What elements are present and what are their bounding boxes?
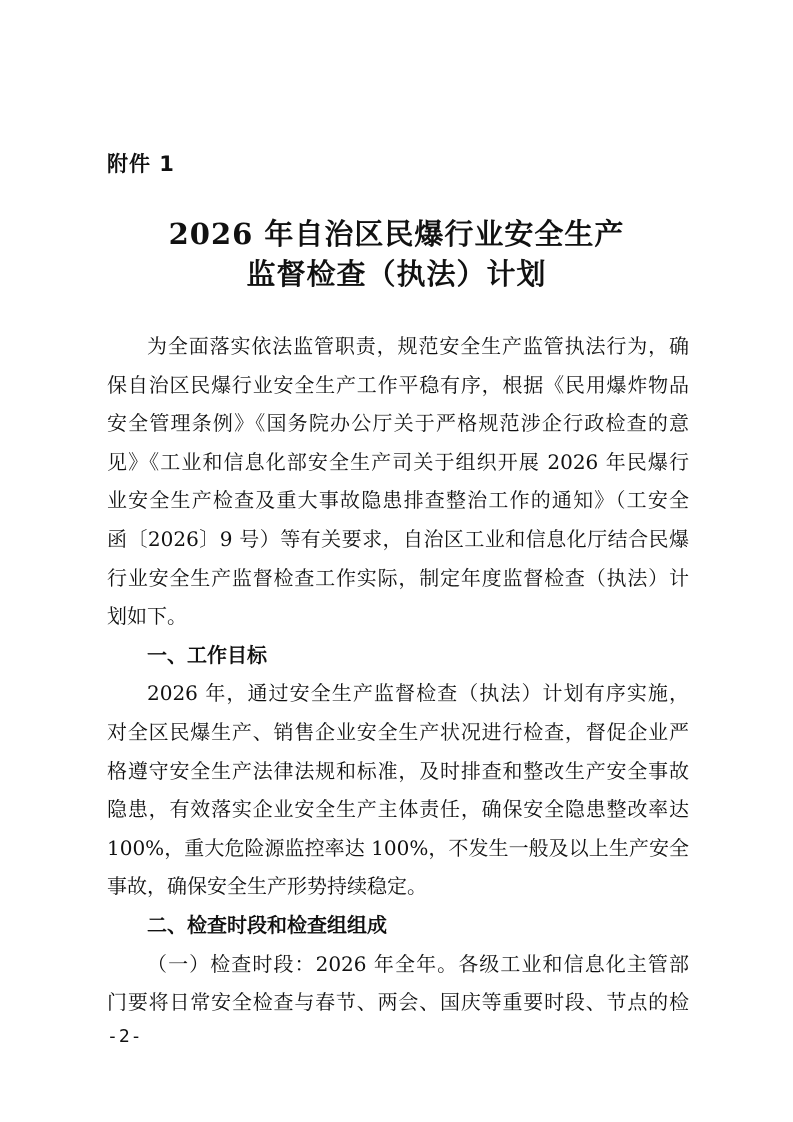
document-title-line-2: 监督检查（执法）计划 [0, 252, 793, 293]
attachment-label: 附件 1 [107, 148, 175, 178]
paragraph-line: 隐患，有效落实企业安全生产主体责任，确保安全隐患整改率达 [107, 790, 689, 829]
paragraph-line: 2026 年，通过安全生产监督检查（执法）计划有序实施， [107, 674, 689, 713]
paragraph-line: 见》《工业和信息化部安全生产司关于组织开展 2026 年民爆行 [107, 443, 689, 482]
section-heading-inspection-period: 二、检查时段和检查组组成 [107, 906, 689, 945]
paragraph-line: 门要将日常安全检查与春节、两会、国庆等重要时段、节点的检 [107, 983, 689, 1022]
page-number: -2- [107, 1026, 143, 1047]
paragraph-line: 安全管理条例》《国务院办公厅关于严格规范涉企行政检查的意 [107, 404, 689, 443]
document-page: 附件 1 2026 年自治区民爆行业安全生产 监督检查（执法）计划 为全面落实依… [0, 0, 793, 1122]
paragraph-line: 事故，确保安全生产形势持续稳定。 [107, 867, 689, 906]
paragraph-line: 划如下。 [107, 597, 689, 636]
paragraph-line: 对全区民爆生产、销售企业安全生产状况进行检查，督促企业严 [107, 713, 689, 752]
paragraph-line: 函〔2026〕9 号）等有关要求，自治区工业和信息化厅结合民爆 [107, 520, 689, 559]
paragraph-line: 行业安全生产监督检查工作实际，制定年度监督检查（执法）计 [107, 559, 689, 598]
paragraph-line: （一）检查时段：2026 年全年。各级工业和信息化主管部 [107, 945, 689, 984]
paragraph-line: 100%，重大危险源监控率达 100%，不发生一般及以上生产安全 [107, 829, 689, 868]
paragraph-line: 为全面落实依法监管职责，规范安全生产监管执法行为，确 [107, 327, 689, 366]
document-body: 为全面落实依法监管职责，规范安全生产监管执法行为，确 保自治区民爆行业安全生产工… [107, 327, 689, 1022]
section-heading-work-goals: 一、工作目标 [107, 636, 689, 675]
document-title-line-1: 2026 年自治区民爆行业安全生产 [0, 212, 793, 253]
paragraph-line: 业安全生产检查及重大事故隐患排查整治工作的通知》（工安全 [107, 481, 689, 520]
paragraph-line: 格遵守安全生产法律法规和标准，及时排查和整改生产安全事故 [107, 752, 689, 791]
paragraph-line: 保自治区民爆行业安全生产工作平稳有序，根据《民用爆炸物品 [107, 366, 689, 405]
